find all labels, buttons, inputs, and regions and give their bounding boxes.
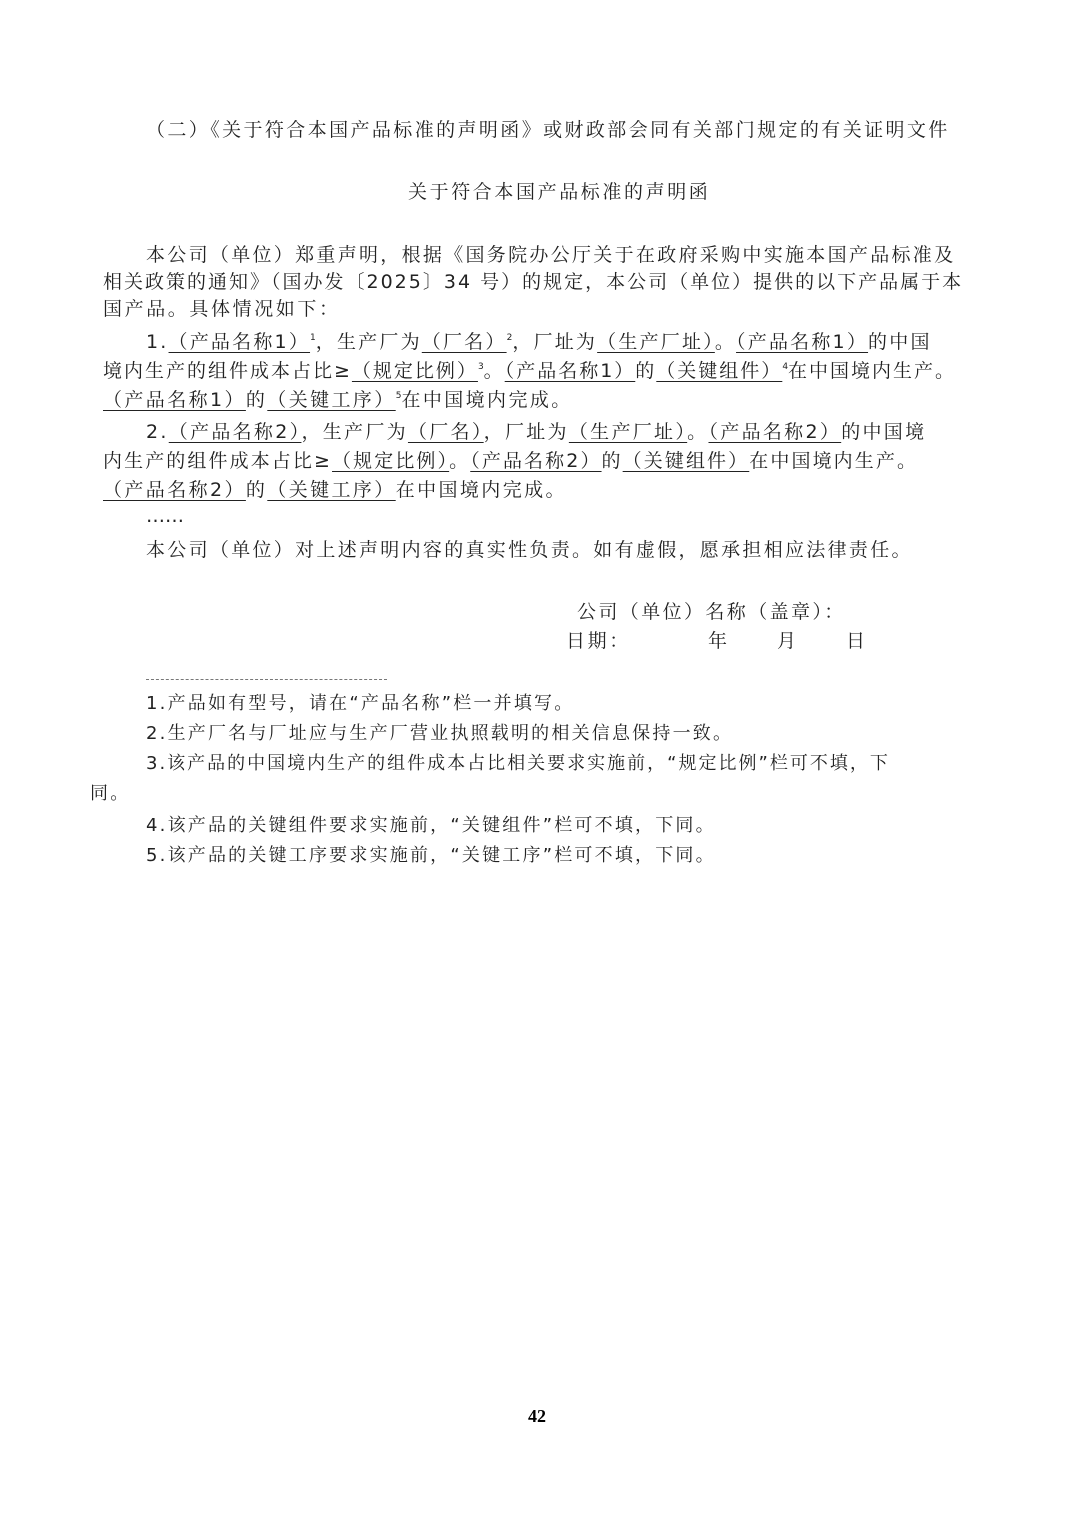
footnote-separator	[146, 679, 387, 680]
intro-line-3: 国产品。具体情况如下：	[103, 296, 341, 322]
product-name-field: （产品名称2）	[708, 421, 841, 443]
date-label: 日期：	[566, 628, 631, 654]
key-process-field: （关键工序）	[267, 389, 395, 411]
product-name-field: （产品名称2）	[169, 421, 302, 443]
item-1-line-2: 境内生产的组件成本占比≥（规定比例）3。（产品名称1）的（关键组件）4在中国境内…	[103, 358, 956, 384]
ratio-field: （规定比例）	[332, 450, 449, 472]
text: 。	[449, 450, 470, 472]
footnote-3-cont: 同。	[90, 781, 130, 807]
footnote-5: 5.该产品的关键工序要求实施前，“关键工序”栏可不填，下同。	[146, 843, 716, 869]
intro-line-1: 本公司（单位）郑重声明，根据《国务院办公厅关于在政府采购中实施本国产品标准及	[146, 242, 955, 268]
text: 的	[635, 360, 656, 382]
date-month: 月	[777, 628, 799, 654]
text: 在中国境内完成。	[396, 479, 567, 501]
footnote-4: 4.该产品的关键组件要求实施前，“关键组件”栏可不填，下同。	[146, 813, 716, 839]
text: 。	[715, 331, 736, 353]
intro-line-2: 相关政策的通知》（国办发〔2025〕34 号）的规定，本公司（单位）提供的以下产…	[103, 269, 963, 295]
factory-address-field: （生产厂址）	[597, 331, 715, 353]
item-2-line-2: 内生产的组件成本占比≥（规定比例）。（产品名称2）的（关键组件）在中国境内生产。	[103, 448, 918, 474]
item-1-line-1: 1.（产品名称1）1，生产厂为（厂名）2，厂址为（生产厂址）。（产品名称1）的中…	[146, 329, 932, 355]
text: 的	[246, 479, 267, 501]
date-day: 日	[846, 628, 868, 654]
item-2-line-3: （产品名称2）的（关键工序）在中国境内完成。	[103, 477, 567, 503]
text: ，厂址为	[512, 331, 597, 353]
text: 的中国境	[841, 421, 926, 443]
section-heading: （二）《关于符合本国产品标准的声明函》或财政部会同有关部门规定的有关证明文件	[146, 117, 950, 143]
product-name-field: （产品名称1）	[103, 389, 246, 411]
company-name-label: 公司（单位）名称（盖章）：	[577, 599, 846, 625]
key-component-field: （关键组件）	[623, 450, 750, 472]
text: 的	[602, 450, 623, 472]
key-component-field: （关键组件）	[656, 360, 782, 382]
text: ，生产厂为	[301, 421, 408, 443]
item-2-line-1: 2.（产品名称2），生产厂为（厂名），厂址为（生产厂址）。（产品名称2）的中国境	[146, 419, 926, 445]
product-name-field: （产品名称1）	[736, 331, 868, 353]
factory-address-field: （生产厂址）	[569, 421, 687, 443]
date-year: 年	[708, 628, 730, 654]
text: 在中国境内生产。	[788, 360, 956, 382]
text: 的中国	[868, 331, 932, 353]
product-name-field: （产品名称2）	[470, 450, 601, 472]
factory-name-field: （厂名）	[408, 421, 484, 443]
text: 。	[687, 421, 708, 443]
key-process-field: （关键工序）	[267, 479, 395, 501]
footnote-3: 3.该产品的中国境内生产的组件成本占比相关要求实施前，“规定比例”栏可不填，下	[146, 751, 890, 777]
item-number: 2.	[146, 421, 169, 443]
product-name-field: （产品名称1）	[505, 360, 636, 382]
ratio-field: （规定比例）	[352, 360, 478, 382]
product-name-field: （产品名称2）	[103, 479, 246, 501]
product-name-field: （产品名称1）	[169, 331, 311, 353]
document-title: 关于符合本国产品标准的声明函	[408, 179, 710, 205]
text: ，生产厂为	[316, 331, 422, 353]
responsibility-statement: 本公司（单位）对上述声明内容的真实性负责。如有虚假，愿承担相应法律责任。	[146, 537, 913, 563]
footnote-2: 2.生产厂名与厂址应与生产厂营业执照载明的相关信息保持一致。	[146, 721, 733, 747]
text: 内生产的组件成本占比≥	[103, 450, 332, 472]
item-number: 1.	[146, 331, 169, 353]
ellipsis: ……	[146, 503, 184, 529]
item-1-line-3: （产品名称1）的（关键工序）5在中国境内完成。	[103, 387, 573, 413]
text: 的	[246, 389, 267, 411]
footnote-1: 1.产品如有型号，请在“产品名称”栏一并填写。	[146, 691, 574, 717]
text: ，厂址为	[484, 421, 569, 443]
text: 在中国境内生产。	[749, 450, 918, 472]
text: 境内生产的组件成本占比≥	[103, 360, 352, 382]
text: 在中国境内完成。	[401, 389, 572, 411]
factory-name-field: （厂名）	[422, 331, 507, 353]
page-number: 42	[0, 1406, 1074, 1427]
text: 。	[484, 360, 505, 382]
